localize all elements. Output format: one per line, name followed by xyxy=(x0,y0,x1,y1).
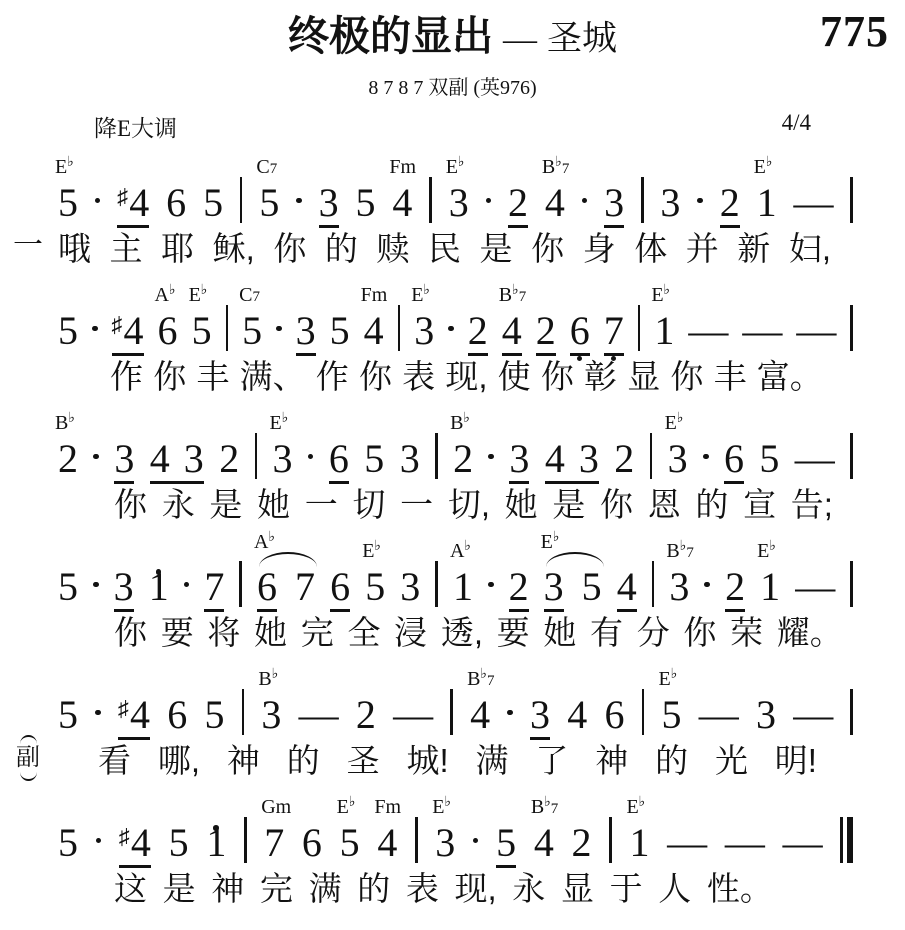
music-line-1: E♭5♯465C7535Fm4E♭32B♭74332E♭1— xyxy=(58,138,853,216)
title-dash: — xyxy=(497,21,543,58)
flat-symbol: ♭ xyxy=(444,795,451,810)
note: B♭3 xyxy=(261,695,281,735)
note: B♭73 xyxy=(669,567,689,607)
note: 6 xyxy=(166,183,186,223)
line-1: E♭5♯465C7535Fm4E♭32B♭74332E♭1—一哦主耶稣,你的赎民… xyxy=(0,138,905,266)
note: 6 xyxy=(330,567,350,612)
barline xyxy=(239,561,242,607)
note: E♭1 xyxy=(629,823,649,863)
held-note-dash: — xyxy=(795,439,835,479)
hymn-number: 775 xyxy=(820,6,889,57)
note: 3 xyxy=(660,183,680,223)
lyric-syllable: 切, xyxy=(448,479,490,526)
held-note-dash: — xyxy=(796,311,836,351)
lyric-syllable: 看 xyxy=(98,735,131,782)
slurred-note-group: E♭35 xyxy=(544,567,602,612)
chord-label: E♭ xyxy=(754,156,773,177)
lyric-syllable: 她 xyxy=(254,607,287,654)
note: 3 xyxy=(509,439,529,484)
lyric-syllable: 哪, xyxy=(158,735,200,782)
duration-dot xyxy=(473,838,479,844)
note: 5 xyxy=(58,567,78,607)
chord-label: A♭ xyxy=(450,540,471,561)
hymn-sheet-page: 775 终极的显出 — 圣城 8 7 8 7 双副 (英976) 降E大调 4/… xyxy=(0,0,905,930)
note: ♯4 xyxy=(119,823,151,868)
note: 2 xyxy=(219,439,239,479)
note: E♭1 xyxy=(760,567,780,607)
lyric-syllable: 她 xyxy=(543,607,576,654)
chord-label: B♭ xyxy=(55,412,75,433)
lyric-syllable: 耶 xyxy=(161,223,194,270)
duration-dot xyxy=(704,582,710,588)
lyric-syllable: 于 xyxy=(610,863,643,910)
lyric-syllable: 人 xyxy=(658,863,691,910)
barline xyxy=(638,305,641,351)
chord-label: B♭7 xyxy=(666,540,693,561)
lyric-syllable: 使 xyxy=(498,351,531,398)
duration-dot xyxy=(488,582,494,588)
lyric-syllable: 神 xyxy=(227,735,260,782)
note: C75 xyxy=(242,311,262,351)
note: E♭5 xyxy=(192,311,212,351)
flat-symbol: ♭ xyxy=(169,283,176,298)
chord-label: B♭7 xyxy=(467,668,494,689)
lyric-syllable: 光 xyxy=(715,735,748,782)
duration-dot xyxy=(697,198,703,204)
note: ♯4 xyxy=(112,311,144,356)
note: B♭74 xyxy=(545,183,565,223)
barline xyxy=(642,689,645,735)
lyric-syllable: 耀。 xyxy=(777,607,843,654)
lyric-syllable: 的 xyxy=(287,735,320,782)
held-note-dash: — xyxy=(793,695,833,735)
lyric-syllable: 现, xyxy=(445,351,487,398)
chord-label: E♭ xyxy=(626,796,645,817)
lyric-syllable: 赎 xyxy=(376,223,409,270)
refrain-marker: 副 xyxy=(0,735,56,781)
chord-label: E♭ xyxy=(337,796,356,817)
lyric-syllable: 民 xyxy=(428,223,461,270)
held-note-dash: — xyxy=(688,311,728,351)
bracket-bottom xyxy=(20,772,37,781)
note: 3 xyxy=(530,695,550,740)
note: 7 xyxy=(204,567,224,612)
note: E♭1 xyxy=(654,311,674,351)
note: ♯4 xyxy=(118,695,150,740)
bracket-top xyxy=(20,735,37,744)
chord-label: E♭ xyxy=(658,668,677,689)
note: 2 xyxy=(572,823,592,863)
barline xyxy=(429,177,432,223)
chord-label: E♭ xyxy=(55,156,74,177)
duration-dot xyxy=(507,710,513,716)
held-note-dash: — xyxy=(725,823,765,863)
beamed-note-group: 43 xyxy=(545,439,599,484)
note: 2 xyxy=(509,567,529,612)
flat-symbol: ♭ xyxy=(201,283,208,298)
lyric-syllable: 你 xyxy=(273,223,306,270)
note: Fm4 xyxy=(392,183,412,223)
lyric-syllable: 是 xyxy=(552,479,585,526)
lyric-line-6: 这是神完满的表现,永显于人性。 xyxy=(0,866,905,906)
note: 1 xyxy=(206,823,226,863)
lyric-syllable: 是 xyxy=(163,863,196,910)
lyric-syllable: 妇, xyxy=(789,223,831,270)
note: 5 xyxy=(330,311,350,351)
held-note-dash: — xyxy=(299,695,339,735)
flat-symbol: ♭ xyxy=(464,539,471,554)
note: 6 xyxy=(605,695,625,735)
lyric-line-1: 一哦主耶稣,你的赎民是你身体并新妇, xyxy=(0,226,905,266)
lyric-syllable: 宣 xyxy=(743,479,776,526)
lyric-syllable: 告; xyxy=(791,479,833,526)
note: 3 xyxy=(114,567,134,612)
note: 5 xyxy=(364,439,384,479)
chord-label: E♭ xyxy=(270,412,289,433)
note: E♭3 xyxy=(414,311,434,351)
lyric-syllable: 完 xyxy=(260,863,293,910)
hymn-title: 终极的显出 — 圣城 xyxy=(0,14,905,59)
chord-label: E♭ xyxy=(189,284,208,305)
flat-symbol: ♭ xyxy=(769,539,776,554)
lyric-syllable: 你 xyxy=(541,351,574,398)
note: 6 xyxy=(724,439,744,484)
chord-label: B♭7 xyxy=(499,284,526,305)
lyric-line-4: 你要将她完全浸透,要她有分你荣耀。 xyxy=(0,610,905,650)
duration-dot xyxy=(308,454,314,460)
flat-symbol: ♭ xyxy=(349,795,356,810)
duration-dot xyxy=(276,326,282,332)
chord-label: E♭ xyxy=(432,796,451,817)
lyric-syllable: 丰 xyxy=(196,351,229,398)
lyric-syllable: 一 xyxy=(400,479,433,526)
lyric-syllable: 将 xyxy=(207,607,240,654)
held-note-dash: — xyxy=(793,183,833,223)
flat-symbol: ♭ xyxy=(671,667,678,682)
lyric-syllable: 了 xyxy=(535,735,568,782)
lyric-syllable: 你 xyxy=(600,479,633,526)
title-subtitle: 圣城 xyxy=(547,19,617,58)
note: 2 xyxy=(720,183,740,228)
note: E♭3 xyxy=(668,439,688,479)
flat-symbol: ♭ xyxy=(67,155,74,170)
barline xyxy=(435,561,438,607)
note: 6 xyxy=(167,695,187,735)
lyric-syllable: 浸 xyxy=(394,607,427,654)
lyric-syllable: 一 xyxy=(305,479,338,526)
note: 3 xyxy=(400,439,420,479)
chord-label: E♭ xyxy=(651,284,670,305)
barline xyxy=(226,305,229,351)
lyric-line-5: 副看哪,神的圣城!满了神的光明! xyxy=(0,738,905,778)
title-main: 终极的显出 xyxy=(288,13,493,59)
barline xyxy=(652,561,655,607)
note: E♭3 xyxy=(435,823,455,863)
flat-symbol: ♭ xyxy=(639,795,646,810)
note: C75 xyxy=(259,183,279,223)
flat-symbol: ♭ xyxy=(553,530,560,545)
note: B♭74 xyxy=(502,311,522,356)
held-note-dash: — xyxy=(795,567,835,607)
note: 5 xyxy=(759,439,779,479)
chord-label: Gm xyxy=(261,797,291,817)
lyric-syllable: 全 xyxy=(347,607,380,654)
note: A♭1 xyxy=(453,567,473,607)
chord-label: E♭ xyxy=(446,156,465,177)
lyric-syllable: 你 xyxy=(670,351,703,398)
note: 3 xyxy=(756,695,776,735)
chord-label: C7 xyxy=(256,157,277,177)
note: 1 xyxy=(149,567,169,607)
time-signature: 4/4 xyxy=(782,110,811,143)
score-body: E♭5♯465C7535Fm4E♭32B♭74332E♭1—一哦主耶稣,你的赎民… xyxy=(0,138,905,906)
flat-symbol: ♭ xyxy=(544,795,551,810)
lyric-line-2: 作你丰满、作你表现,使你彰显你丰富。 xyxy=(0,354,905,394)
flat-symbol: ♭ xyxy=(512,283,519,298)
lyric-syllable: 你 xyxy=(683,607,716,654)
chord-label: Fm xyxy=(389,157,416,177)
note: 4 xyxy=(567,695,587,735)
chord-label: E♭ xyxy=(411,284,430,305)
flat-symbol: ♭ xyxy=(282,411,289,426)
note: 3 xyxy=(319,183,339,228)
note: 5 xyxy=(356,183,376,223)
lyric-syllable: 恩 xyxy=(648,479,681,526)
note: 7 xyxy=(604,311,624,356)
note: E♭5 xyxy=(58,183,78,223)
barline xyxy=(240,177,243,223)
lyric-syllable: 神 xyxy=(595,735,628,782)
duration-dot xyxy=(93,582,99,588)
note: 4 xyxy=(617,567,637,612)
barline xyxy=(609,817,612,863)
lyric-syllable: 的 xyxy=(325,223,358,270)
line-3: B♭23432E♭3653B♭23432E♭365—你永是她一切一切,她是你恩的… xyxy=(0,394,905,522)
lyric-syllable: 作 xyxy=(316,351,349,398)
note: Fm4 xyxy=(364,311,384,351)
music-line-3: B♭23432E♭3653B♭23432E♭365— xyxy=(58,394,853,472)
chord-label: B♭7 xyxy=(542,156,569,177)
note: 2 xyxy=(725,567,745,612)
note: E♭5 xyxy=(340,823,360,863)
header: 775 终极的显出 — 圣城 8 7 8 7 双副 (英976) 降E大调 4/… xyxy=(0,0,905,138)
flat-symbol: ♭ xyxy=(272,667,279,682)
chord-label: A♭ xyxy=(254,531,275,552)
lyric-syllable: 显 xyxy=(561,863,594,910)
lyric-syllable: 主 xyxy=(110,223,143,270)
held-note-dash: — xyxy=(699,695,739,735)
music-line-5: 5♯465B♭3—2—B♭74346E♭5—3— xyxy=(58,650,853,728)
lyric-syllable: 完 xyxy=(301,607,334,654)
note: E♭1 xyxy=(757,183,777,223)
flat-symbol: ♭ xyxy=(68,411,75,426)
note: ♯4 xyxy=(117,183,149,228)
flat-symbol: ♭ xyxy=(463,411,470,426)
line-6: 5♯451Gm76E♭5Fm4E♭35B♭742E♭1———这是神完满的表现,永… xyxy=(0,778,905,906)
note: E♭5 xyxy=(365,567,385,607)
lyric-syllable: 哦 xyxy=(58,223,91,270)
flat-symbol: ♭ xyxy=(677,411,684,426)
barline xyxy=(850,433,853,479)
lyric-syllable: 切 xyxy=(352,479,385,526)
note: 2 xyxy=(508,183,528,228)
chord-label: A♭ xyxy=(155,284,176,305)
barline xyxy=(650,433,653,479)
high-octave-dot xyxy=(156,569,162,575)
barline xyxy=(244,817,247,863)
note: E♭5 xyxy=(661,695,681,735)
lyric-syllable: 丰 xyxy=(714,351,747,398)
chord-label: B♭7 xyxy=(531,796,558,817)
key-signature: 降E大调 xyxy=(94,110,177,143)
note: 5 xyxy=(204,695,224,735)
duration-dot xyxy=(96,838,102,844)
lyric-syllable: 满 xyxy=(309,863,342,910)
barline xyxy=(850,561,853,607)
duration-dot xyxy=(95,710,101,716)
note: B♭2 xyxy=(453,439,473,479)
note: 3 xyxy=(400,567,420,607)
slurred-note-group: A♭67 xyxy=(257,567,315,612)
flat-symbol: ♭ xyxy=(374,539,381,554)
barline xyxy=(850,305,853,351)
lyric-syllable: 是 xyxy=(209,479,242,526)
held-note-dash: — xyxy=(667,823,707,863)
lyric-syllable: 是 xyxy=(480,223,513,270)
lyric-syllable: 显 xyxy=(627,351,660,398)
verse-number: 一 xyxy=(0,231,56,261)
barline xyxy=(435,433,438,479)
barline xyxy=(242,689,245,735)
note: 5 xyxy=(58,311,78,351)
lyric-syllable: 你 xyxy=(114,607,147,654)
duration-dot xyxy=(184,582,190,588)
note: 5 xyxy=(58,823,78,863)
note: 3 xyxy=(114,439,134,484)
lyric-syllable: 她 xyxy=(257,479,290,526)
sharp-symbol: ♯ xyxy=(119,824,130,849)
note: E♭3 xyxy=(273,439,293,479)
sharp-symbol: ♯ xyxy=(118,696,129,721)
note: 2 xyxy=(356,695,376,735)
note: 3 xyxy=(604,183,624,228)
lyric-syllable: 的 xyxy=(655,735,688,782)
chord-label: Fm xyxy=(361,285,388,305)
barline xyxy=(850,177,853,223)
lyric-syllable: 要 xyxy=(161,607,194,654)
note: 2 xyxy=(614,439,634,479)
lyric-syllable: 明! xyxy=(775,735,817,782)
note: 5 xyxy=(496,823,516,868)
lyric-syllable: 分 xyxy=(637,607,670,654)
lyric-syllable: 满 xyxy=(476,735,509,782)
lyric-syllable: 的 xyxy=(357,863,390,910)
note: Fm4 xyxy=(377,823,397,863)
lyric-syllable: 的 xyxy=(695,479,728,526)
lyric-syllable: 荣 xyxy=(730,607,763,654)
duration-dot xyxy=(486,198,492,204)
barline xyxy=(398,305,401,351)
lyric-syllable: 新 xyxy=(737,223,770,270)
music-line-2: 5♯4A♭6E♭5C7535Fm4E♭32B♭74267E♭1——— xyxy=(58,266,853,344)
line-4: 5317A♭676E♭53A♭12E♭354B♭732E♭1—你要将她完全浸透,… xyxy=(0,522,905,650)
chord-label: Fm xyxy=(374,797,401,817)
lyric-syllable: 这 xyxy=(114,863,147,910)
meter-info: 8 7 8 7 双副 (英976) xyxy=(0,71,905,100)
lyric-syllable: 神 xyxy=(211,863,244,910)
sharp-symbol: ♯ xyxy=(112,312,123,337)
barline xyxy=(255,433,258,479)
chord-label: E♭ xyxy=(757,540,776,561)
lyric-syllable: 稣, xyxy=(213,223,255,270)
note: B♭74 xyxy=(534,823,554,863)
lyric-syllable: 要 xyxy=(497,607,530,654)
lyric-syllable: 永 xyxy=(162,479,195,526)
lyric-syllable: 作 xyxy=(110,351,143,398)
chord-label: B♭ xyxy=(258,668,278,689)
barline xyxy=(850,689,853,735)
note: 2 xyxy=(536,311,556,356)
duration-dot xyxy=(582,198,588,204)
lyric-syllable: 体 xyxy=(634,223,667,270)
lyric-syllable: 你 xyxy=(531,223,564,270)
music-line-6: 5♯451Gm76E♭5Fm4E♭35B♭742E♭1——— xyxy=(58,778,853,856)
note: E♭3 xyxy=(449,183,469,223)
lyric-syllable: 身 xyxy=(583,223,616,270)
note: B♭74 xyxy=(470,695,490,735)
beamed-note-group: 43 xyxy=(150,439,204,484)
flat-symbol: ♭ xyxy=(458,155,465,170)
lyric-syllable: 表 xyxy=(406,863,439,910)
lyric-syllable: 城! xyxy=(406,735,448,782)
note: A♭6 xyxy=(158,311,178,351)
lyric-syllable: 满、 xyxy=(240,351,306,398)
held-note-dash: — xyxy=(393,695,433,735)
flat-symbol: ♭ xyxy=(555,155,562,170)
sharp-symbol: ♯ xyxy=(117,184,128,209)
held-note-dash: — xyxy=(783,823,823,863)
high-octave-dot xyxy=(213,825,219,831)
chord-label: E♭ xyxy=(665,412,684,433)
note: Gm7 xyxy=(264,823,284,863)
note: 5 xyxy=(203,183,223,223)
lyric-syllable: 透, xyxy=(441,607,483,654)
duration-dot xyxy=(448,326,454,332)
lyric-syllable: 你 xyxy=(114,479,147,526)
chord-label: E♭ xyxy=(362,540,381,561)
note: 6 xyxy=(329,439,349,484)
final-barline xyxy=(840,817,853,863)
lyric-syllable: 永 xyxy=(512,863,545,910)
flat-symbol: ♭ xyxy=(664,283,671,298)
held-note-dash: — xyxy=(742,311,782,351)
music-line-4: 5317A♭676E♭53A♭12E♭354B♭732E♭1— xyxy=(58,522,853,600)
duration-dot xyxy=(93,454,99,460)
line-2: 5♯4A♭6E♭5C7535Fm4E♭32B♭74267E♭1———作你丰满、作… xyxy=(0,266,905,394)
chord-label: E♭ xyxy=(541,531,560,552)
note: 2 xyxy=(468,311,488,356)
duration-dot xyxy=(92,326,98,332)
flat-symbol: ♭ xyxy=(766,155,773,170)
note: 6 xyxy=(570,311,590,356)
lyric-syllable: 表 xyxy=(402,351,435,398)
barline xyxy=(641,177,644,223)
lyric-syllable: 并 xyxy=(686,223,719,270)
duration-dot xyxy=(296,198,302,204)
note: B♭2 xyxy=(58,439,78,479)
note: 3 xyxy=(296,311,316,356)
chord-label: B♭ xyxy=(450,412,470,433)
